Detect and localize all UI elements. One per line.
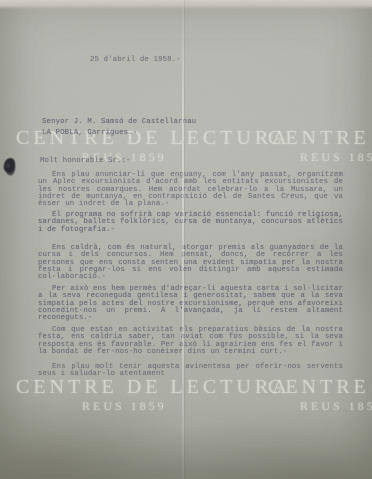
salutation: Molt honorable Sr.:-	[40, 158, 131, 165]
watermark-title: CENTRE DE LECTURA	[268, 127, 372, 150]
watermark-title: CENTRE DE LECTURA	[16, 376, 291, 399]
watermark-band-bottom: CENTRE DE LECTURA REUS 1859 CENTRE DE LE…	[0, 376, 372, 420]
ink-blot	[2, 157, 16, 174]
addressee-block: Senyor J. M. Samsó de Castellarnau LA PO…	[42, 117, 196, 138]
closing-line: Ens plau molt tenir aquesta avinentesa p…	[38, 364, 343, 379]
scanned-letter-page: CENTRE DE LECTURA REUS 1859 CENTRE DE LE…	[0, 0, 372, 479]
paragraph: Ens caldrà, com és natural, atorgar prem…	[38, 245, 343, 281]
paper-top-edge	[0, 0, 372, 9]
date-line: 25 d'abril de 1958.-	[90, 57, 181, 64]
watermark-subtitle: REUS 1859	[82, 399, 167, 414]
paragraph: Per això ens hem permès d'adreçar-li aqu…	[38, 286, 343, 322]
fold-line	[182, 0, 184, 479]
watermark-subtitle: REUS 1859	[300, 150, 372, 165]
watermark-title: CENTRE DE LECTURA	[268, 376, 372, 399]
paragraph: El programa no sofrirà cap variació esse…	[38, 212, 343, 234]
addressee-place: LA POBLA, Garrigues.-	[42, 129, 137, 137]
paragraph: Ens plau anunciar-li que enguany, com l'…	[38, 172, 343, 208]
addressee-name: Senyor J. M. Samsó de Castellarnau	[42, 118, 196, 126]
paper-grain-texture	[0, 0, 372, 479]
paragraph: Com que estan en activitat els preparati…	[38, 327, 343, 356]
watermark-subtitle: REUS 1859	[300, 399, 372, 414]
